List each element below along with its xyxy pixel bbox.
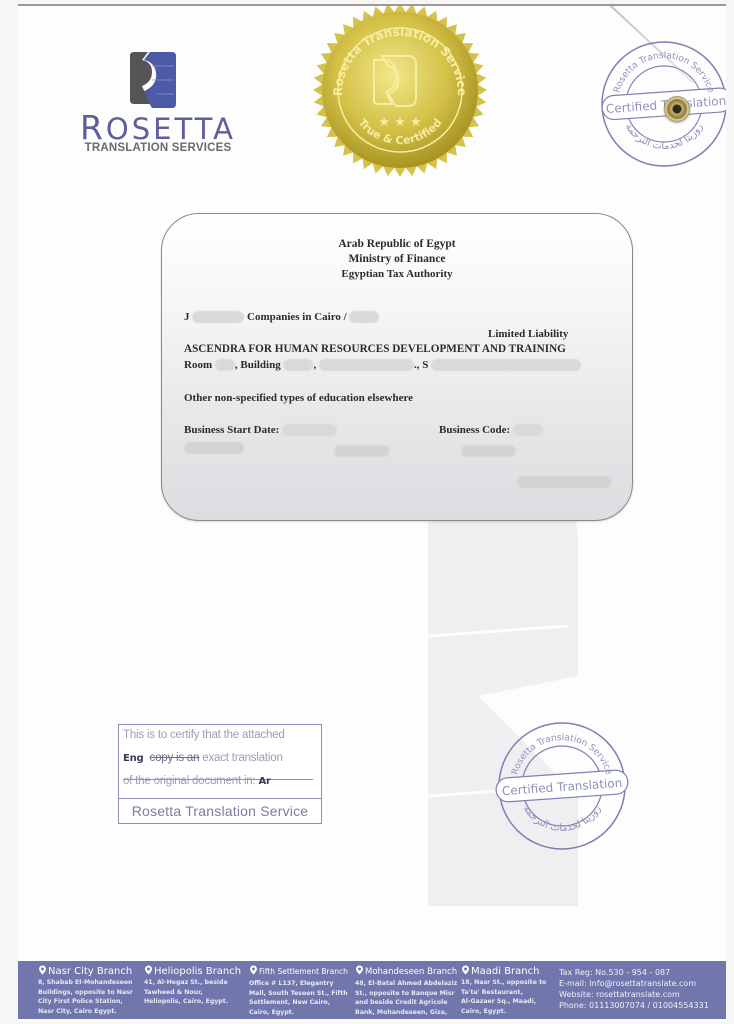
branch-address: Office # L137, ElegantryMall, South Tese… bbox=[249, 979, 348, 1017]
svg-text:★ ★ ★: ★ ★ ★ bbox=[378, 115, 421, 130]
branch-maadi: Maadi Branch 18, Nasr St., opposite toTa… bbox=[461, 965, 546, 1016]
grommet-eyelet bbox=[664, 96, 690, 122]
tax-card: Arab Republic of Egypt Ministry of Finan… bbox=[161, 213, 633, 521]
branch-fifth-settlement: Fifth Settlement Branch Office # L137, E… bbox=[249, 965, 348, 1017]
certified-stamp-top-icon: Certified Translation Rosetta Translatio… bbox=[596, 36, 726, 172]
rosetta-r-logo-icon bbox=[128, 50, 178, 108]
certify-line-2: Eng copy is an exact translation bbox=[123, 752, 283, 764]
svg-text:روزيتا لخدمات الترجمة: روزيتا لخدمات الترجمة bbox=[521, 804, 604, 834]
redacted-field bbox=[184, 442, 244, 454]
email-link[interactable]: E-mail: Info@rosettatranslate.com bbox=[559, 978, 709, 989]
certify-footer: Rosetta Translation Service bbox=[119, 798, 321, 823]
website-link[interactable]: Website: rosettatranslate.com bbox=[559, 989, 709, 1000]
svg-text:Rosetta Translation Service: Rosetta Translation Service bbox=[613, 51, 716, 95]
phone-number: Phone: 01113007074 / 01004554331 bbox=[559, 1000, 709, 1011]
business-code-line: Business Code: bbox=[439, 424, 543, 436]
branch-address: 18, Nasr St., opposite toTa'ta' Restaura… bbox=[461, 978, 546, 1016]
document-page: ROSETTA TRANSLATION SERVICES ★ ★ ★ Roset… bbox=[18, 4, 726, 1022]
branch-mohandeseen: Mohandeseen Branch 48, El-Batal Ahmed Ab… bbox=[355, 965, 457, 1017]
activity-line: Other non-specified types of education e… bbox=[184, 392, 413, 404]
branch-heliopolis: Heliopolis Branch 41, Al-Hegaz St., besi… bbox=[144, 965, 241, 1007]
rosetta-logo: ROSETTA TRANSLATION SERVICES bbox=[58, 46, 258, 156]
location-pin-icon bbox=[144, 965, 153, 975]
contact-info: Tax Reg: No.530 - 954 - 087 E-mail: Info… bbox=[559, 967, 709, 1011]
redacted-field bbox=[334, 445, 389, 457]
gold-seal-icon: ★ ★ ★ Rosetta Translation Service True &… bbox=[312, 4, 488, 178]
location-pin-icon bbox=[249, 965, 258, 975]
location-pin-icon bbox=[38, 965, 47, 975]
branch-address: 41, Al-Hegaz St., besideTawheed & Nour,H… bbox=[144, 978, 241, 1007]
branches-footer: Nasr City Branch 8, Shabab El-Mohandesee… bbox=[18, 961, 726, 1019]
branch-address: 8, Shabab El-MohandeseenBuildings, oppos… bbox=[38, 978, 133, 1016]
company-type: Limited Liability bbox=[488, 328, 568, 340]
svg-text:روزيتا لخدمات الترجمة: روزيتا لخدمات الترجمة bbox=[623, 122, 706, 152]
redacted-field bbox=[461, 445, 516, 457]
certify-line-3: of the original document in: Ar bbox=[123, 775, 271, 787]
location-pin-icon bbox=[355, 965, 364, 975]
certify-line-1: This is to certify that the attached bbox=[123, 729, 285, 741]
brand-tagline: TRANSLATION SERVICES bbox=[58, 142, 258, 154]
card-header-authority: Egyptian Tax Authority bbox=[162, 268, 632, 280]
certified-stamp-bottom-icon: Certified Translation Rosetta Translatio… bbox=[494, 718, 630, 854]
company-name: ASCENDRA FOR HUMAN RESOURCES DEVELOPMENT… bbox=[184, 343, 566, 355]
card-header-country: Arab Republic of Egypt bbox=[162, 238, 632, 250]
address-line: Room , Building , ., S bbox=[184, 359, 581, 371]
office-line: J Companies in Cairo / bbox=[184, 311, 379, 323]
certification-box: This is to certify that the attached Eng… bbox=[118, 724, 322, 824]
redacted-field bbox=[517, 476, 612, 488]
start-date-line: Business Start Date: bbox=[184, 424, 337, 436]
branch-nasr-city: Nasr City Branch 8, Shabab El-Mohandesee… bbox=[38, 965, 133, 1016]
tax-reg: Tax Reg: No.530 - 954 - 087 bbox=[559, 967, 709, 978]
branch-address: 48, El-Batal Ahmed AbdelazizSt., opposit… bbox=[355, 979, 457, 1017]
location-pin-icon bbox=[461, 965, 470, 975]
card-header-ministry: Ministry of Finance bbox=[162, 253, 632, 265]
